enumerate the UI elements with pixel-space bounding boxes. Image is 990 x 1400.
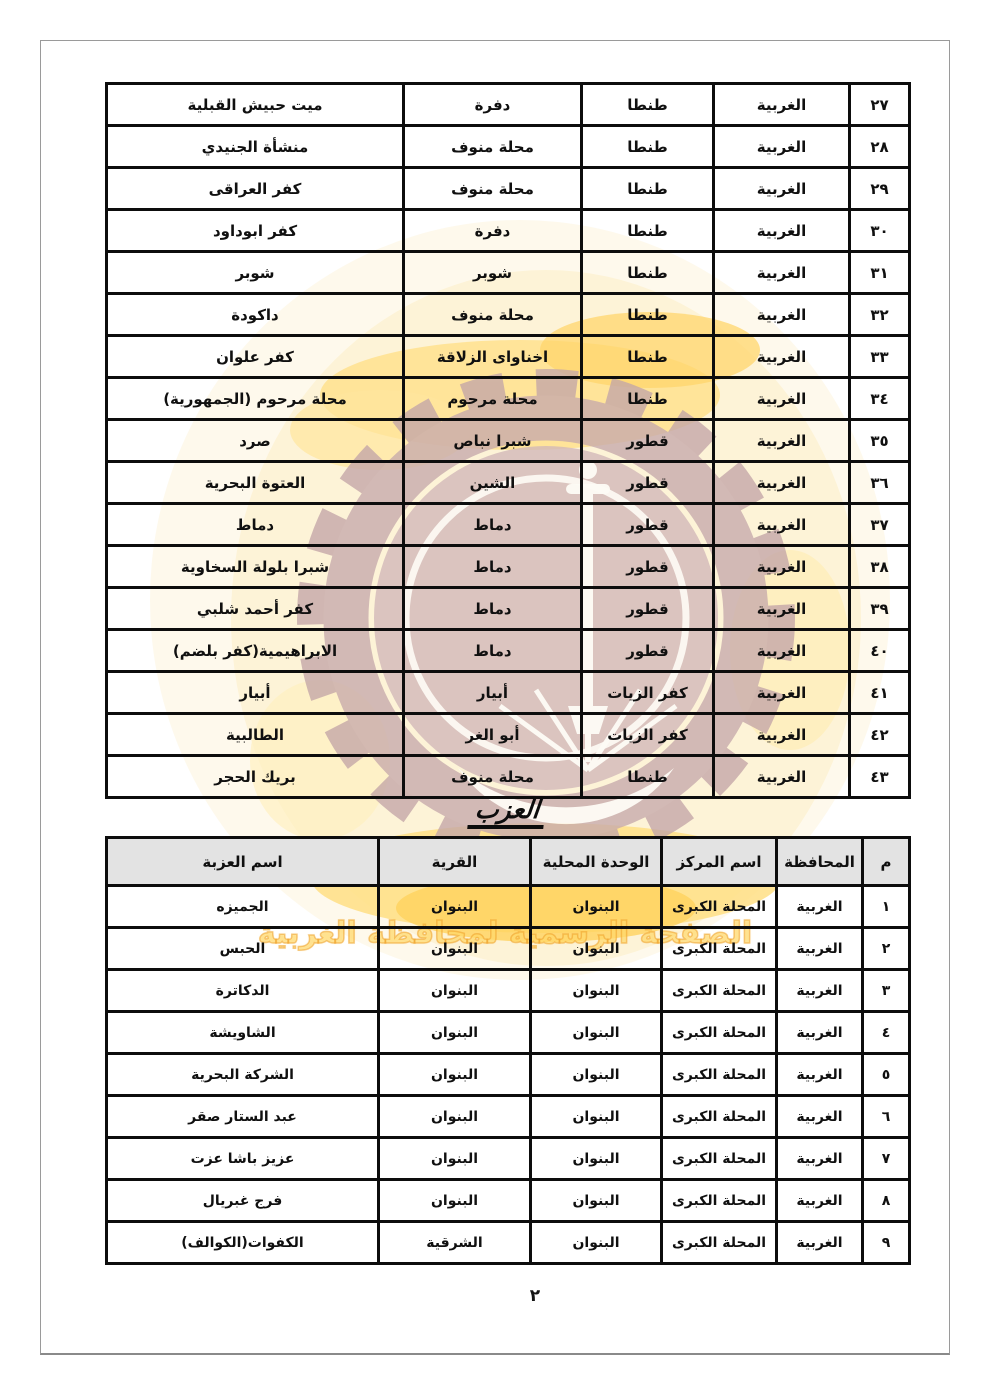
- table-row: ٩الغربيةالمحلة الكبرىالبنوانالشرقيةالكفو…: [107, 1222, 910, 1264]
- village-cell-no: ٤٢: [850, 714, 910, 756]
- ezba-cell-governorate: الغربية: [777, 1222, 863, 1264]
- header-ezba-name: اسم العزبة: [107, 838, 379, 886]
- village-cell-governorate: الغربية: [714, 294, 850, 336]
- ezba-cell-governorate: الغربية: [777, 1012, 863, 1054]
- ezba-cell-ezba: الشاويشة: [107, 1012, 379, 1054]
- ezba-cell-no: ٨: [863, 1180, 910, 1222]
- village-cell-governorate: الغربية: [714, 756, 850, 798]
- table-row: ٣٣الغربيةطنطااخناواى الزلاقةكفر علوان: [107, 336, 910, 378]
- ezba-cell-no: ٥: [863, 1054, 910, 1096]
- table-row: ٣١الغربيةطنطاشوبرشوبر: [107, 252, 910, 294]
- table-row: ٣٢الغربيةطنطامحلة منوفداكودة: [107, 294, 910, 336]
- village-cell-unit: دفرة: [404, 210, 582, 252]
- table-row: ٢٩الغربيةطنطامحلة منوفكفر العراقى: [107, 168, 910, 210]
- village-cell-center: طنطا: [582, 252, 714, 294]
- ezba-cell-no: ٢: [863, 928, 910, 970]
- village-cell-no: ٣١: [850, 252, 910, 294]
- village-cell-village: كفر ابوداود: [107, 210, 404, 252]
- ezba-cell-no: ٧: [863, 1138, 910, 1180]
- village-cell-no: ٣٦: [850, 462, 910, 504]
- table-row: ٣الغربيةالمحلة الكبرىالبنوانالبنوانالدكا…: [107, 970, 910, 1012]
- table-row: ١الغربيةالمحلة الكبرىالبنوانالبنوانالجمي…: [107, 886, 910, 928]
- village-cell-governorate: الغربية: [714, 336, 850, 378]
- village-cell-unit: دفرة: [404, 84, 582, 126]
- table-row: ٧الغربيةالمحلة الكبرىالبنوانالبنوانعزيز …: [107, 1138, 910, 1180]
- village-cell-center: طنطا: [582, 84, 714, 126]
- villages-table: ٢٧الغربيةطنطادفرةميت حبيش القبلية٢٨الغرب…: [105, 82, 911, 799]
- village-cell-governorate: الغربية: [714, 504, 850, 546]
- village-cell-village: كفر العراقى: [107, 168, 404, 210]
- village-cell-village: شوبر: [107, 252, 404, 294]
- ezba-cell-unit: البنوان: [531, 1180, 662, 1222]
- village-cell-center: قطور: [582, 462, 714, 504]
- ezba-cell-center: المحلة الكبرى: [662, 1138, 777, 1180]
- table-row: ٥الغربيةالمحلة الكبرىالبنوانالبنوانالشرك…: [107, 1054, 910, 1096]
- ezba-cell-center: المحلة الكبرى: [662, 1222, 777, 1264]
- village-cell-unit: محلة منوف: [404, 126, 582, 168]
- ezba-cell-governorate: الغربية: [777, 886, 863, 928]
- village-cell-village: الابراهيمية(كفر بلضم): [107, 630, 404, 672]
- village-cell-no: ٣٤: [850, 378, 910, 420]
- village-cell-unit: الشين: [404, 462, 582, 504]
- village-cell-unit: محلة منوف: [404, 168, 582, 210]
- village-cell-no: ٣٩: [850, 588, 910, 630]
- table-row: ٢٧الغربيةطنطادفرةميت حبيش القبلية: [107, 84, 910, 126]
- table-row: ٤٠الغربيةقطوردماطالابراهيمية(كفر بلضم): [107, 630, 910, 672]
- village-cell-center: قطور: [582, 504, 714, 546]
- village-cell-no: ٢٨: [850, 126, 910, 168]
- ezba-cell-unit: البنوان: [531, 886, 662, 928]
- table-row: ٣٨الغربيةقطوردماطشبرا بلولة السخاوية: [107, 546, 910, 588]
- village-cell-unit: دماط: [404, 630, 582, 672]
- village-cell-no: ٤٣: [850, 756, 910, 798]
- ezba-cell-no: ٩: [863, 1222, 910, 1264]
- village-cell-governorate: الغربية: [714, 252, 850, 294]
- table-row: ٣٩الغربيةقطوردماطكفر أحمد شلبي: [107, 588, 910, 630]
- ezba-cell-center: المحلة الكبرى: [662, 1096, 777, 1138]
- village-cell-governorate: الغربية: [714, 672, 850, 714]
- ezba-cell-no: ٤: [863, 1012, 910, 1054]
- ezba-cell-village: الشرقية: [379, 1222, 531, 1264]
- ezba-cell-no: ٦: [863, 1096, 910, 1138]
- ezba-cell-no: ١: [863, 886, 910, 928]
- village-cell-no: ٣٨: [850, 546, 910, 588]
- village-cell-village: صرد: [107, 420, 404, 462]
- ezba-cell-village: البنوان: [379, 928, 531, 970]
- ezba-cell-ezba: الشركة البحرية: [107, 1054, 379, 1096]
- village-cell-governorate: الغربية: [714, 714, 850, 756]
- village-cell-governorate: الغربية: [714, 210, 850, 252]
- ezba-cell-center: المحلة الكبرى: [662, 928, 777, 970]
- table-row: ٣٧الغربيةقطوردماطدماط: [107, 504, 910, 546]
- ezba-cell-village: البنوان: [379, 1096, 531, 1138]
- village-cell-center: طنطا: [582, 378, 714, 420]
- ezba-cell-ezba: الكفوات(الكوالف): [107, 1222, 379, 1264]
- village-cell-center: كفر الزيات: [582, 714, 714, 756]
- ezba-cell-village: البنوان: [379, 1180, 531, 1222]
- header-center: اسم المركز: [662, 838, 777, 886]
- village-cell-unit: دماط: [404, 588, 582, 630]
- ezab-header-row: م المحافظة اسم المركز الوحدة المحلية الق…: [107, 838, 910, 886]
- table-row: ٤١الغربيةكفر الزياتأبيارأبيار: [107, 672, 910, 714]
- village-cell-unit: محلة منوف: [404, 294, 582, 336]
- table-row: ٤٢الغربيةكفر الزياتأبو الغرالطالبية: [107, 714, 910, 756]
- village-cell-center: طنطا: [582, 126, 714, 168]
- village-cell-governorate: الغربية: [714, 462, 850, 504]
- village-cell-no: ٣٧: [850, 504, 910, 546]
- ezba-cell-center: المحلة الكبرى: [662, 1054, 777, 1096]
- ezba-cell-ezba: عزيز باشا عزت: [107, 1138, 379, 1180]
- ezba-cell-village: البنوان: [379, 970, 531, 1012]
- village-cell-no: ٣٣: [850, 336, 910, 378]
- header-local-unit: الوحدة المحلية: [531, 838, 662, 886]
- village-cell-village: داكودة: [107, 294, 404, 336]
- village-cell-governorate: الغربية: [714, 630, 850, 672]
- village-cell-no: ٤٠: [850, 630, 910, 672]
- village-cell-governorate: الغربية: [714, 378, 850, 420]
- village-cell-governorate: الغربية: [714, 126, 850, 168]
- village-cell-village: محلة مرحوم (الجمهورية): [107, 378, 404, 420]
- village-cell-unit: أبو الغر: [404, 714, 582, 756]
- header-governorate: المحافظة: [777, 838, 863, 886]
- ezba-cell-governorate: الغربية: [777, 970, 863, 1012]
- village-cell-village: كفر علوان: [107, 336, 404, 378]
- village-cell-unit: محلة منوف: [404, 756, 582, 798]
- village-cell-village: منشأة الجنيدي: [107, 126, 404, 168]
- village-cell-unit: اخناواى الزلاقة: [404, 336, 582, 378]
- village-cell-center: كفر الزيات: [582, 672, 714, 714]
- ezba-cell-village: البنوان: [379, 1054, 531, 1096]
- section-heading-ezab: العزب: [105, 795, 908, 833]
- table-row: ٤٣الغربيةطنطامحلة منوفبريك الحجر: [107, 756, 910, 798]
- ezba-cell-village: البنوان: [379, 1012, 531, 1054]
- ezba-cell-unit: البنوان: [531, 928, 662, 970]
- village-cell-village: كفر أحمد شلبي: [107, 588, 404, 630]
- village-cell-center: قطور: [582, 546, 714, 588]
- village-cell-unit: شبرا نباص: [404, 420, 582, 462]
- header-no: م: [863, 838, 910, 886]
- village-cell-unit: دماط: [404, 546, 582, 588]
- village-cell-village: دماط: [107, 504, 404, 546]
- ezba-cell-village: البنوان: [379, 1138, 531, 1180]
- village-cell-no: ٢٧: [850, 84, 910, 126]
- ezba-cell-governorate: الغربية: [777, 1180, 863, 1222]
- ezba-cell-governorate: الغربية: [777, 1054, 863, 1096]
- village-cell-no: ٣٥: [850, 420, 910, 462]
- village-cell-governorate: الغربية: [714, 420, 850, 462]
- ezba-cell-unit: البنوان: [531, 970, 662, 1012]
- ezba-cell-ezba: عبد الستار صقر: [107, 1096, 379, 1138]
- village-cell-governorate: الغربية: [714, 168, 850, 210]
- ezba-cell-unit: البنوان: [531, 1222, 662, 1264]
- village-cell-no: ٣٠: [850, 210, 910, 252]
- ezba-cell-center: المحلة الكبرى: [662, 970, 777, 1012]
- village-cell-no: ٣٢: [850, 294, 910, 336]
- village-cell-center: طنطا: [582, 210, 714, 252]
- village-cell-no: ٢٩: [850, 168, 910, 210]
- table-row: ٣٠الغربيةطنطادفرةكفر ابوداود: [107, 210, 910, 252]
- village-cell-unit: دماط: [404, 504, 582, 546]
- village-cell-governorate: الغربية: [714, 588, 850, 630]
- table-row: ٣٦الغربيةقطورالشينالعتوة البحرية: [107, 462, 910, 504]
- page-number: ٢: [500, 1286, 570, 1306]
- ezab-table: م المحافظة اسم المركز الوحدة المحلية الق…: [105, 836, 911, 1265]
- ezba-cell-no: ٣: [863, 970, 910, 1012]
- village-cell-unit: أبيار: [404, 672, 582, 714]
- table-row: ٨الغربيةالمحلة الكبرىالبنوانالبنوانفرج غ…: [107, 1180, 910, 1222]
- village-cell-village: ميت حبيش القبلية: [107, 84, 404, 126]
- table-row: ٣٥الغربيةقطورشبرا نباصصرد: [107, 420, 910, 462]
- ezba-cell-unit: البنوان: [531, 1054, 662, 1096]
- ezba-cell-center: المحلة الكبرى: [662, 1180, 777, 1222]
- village-cell-center: طنطا: [582, 756, 714, 798]
- ezba-cell-governorate: الغربية: [777, 1138, 863, 1180]
- village-cell-unit: شوبر: [404, 252, 582, 294]
- village-cell-center: قطور: [582, 420, 714, 462]
- ezba-cell-center: المحلة الكبرى: [662, 1012, 777, 1054]
- village-cell-village: العتوة البحرية: [107, 462, 404, 504]
- village-cell-governorate: الغربية: [714, 546, 850, 588]
- village-cell-center: طنطا: [582, 336, 714, 378]
- table-row: ٢٨الغربيةطنطامحلة منوفمنشأة الجنيدي: [107, 126, 910, 168]
- village-cell-no: ٤١: [850, 672, 910, 714]
- village-cell-center: طنطا: [582, 168, 714, 210]
- ezba-cell-ezba: الجميزه: [107, 886, 379, 928]
- table-row: ٢الغربيةالمحلة الكبرىالبنوانالبنوانالحبس: [107, 928, 910, 970]
- table-row: ٣٤الغربيةطنطامحلة مرحوممحلة مرحوم (الجمه…: [107, 378, 910, 420]
- village-cell-center: طنطا: [582, 294, 714, 336]
- ezba-cell-ezba: الدكاترة: [107, 970, 379, 1012]
- ezba-cell-governorate: الغربية: [777, 928, 863, 970]
- ezba-cell-unit: البنوان: [531, 1096, 662, 1138]
- village-cell-center: قطور: [582, 588, 714, 630]
- ezba-cell-center: المحلة الكبرى: [662, 886, 777, 928]
- ezba-cell-ezba: فرج غبريال: [107, 1180, 379, 1222]
- ezba-cell-ezba: الحبس: [107, 928, 379, 970]
- ezba-cell-governorate: الغربية: [777, 1096, 863, 1138]
- table-row: ٦الغربيةالمحلة الكبرىالبنوانالبنوانعبد ا…: [107, 1096, 910, 1138]
- village-cell-village: أبيار: [107, 672, 404, 714]
- table-row: ٤الغربيةالمحلة الكبرىالبنوانالبنوانالشاو…: [107, 1012, 910, 1054]
- ezba-cell-unit: البنوان: [531, 1138, 662, 1180]
- header-village: القرية: [379, 838, 531, 886]
- village-cell-governorate: الغربية: [714, 84, 850, 126]
- village-cell-village: بريك الحجر: [107, 756, 404, 798]
- village-cell-center: قطور: [582, 630, 714, 672]
- village-cell-unit: محلة مرحوم: [404, 378, 582, 420]
- ezba-cell-unit: البنوان: [531, 1012, 662, 1054]
- ezba-cell-village: البنوان: [379, 886, 531, 928]
- village-cell-village: الطالبية: [107, 714, 404, 756]
- village-cell-village: شبرا بلولة السخاوية: [107, 546, 404, 588]
